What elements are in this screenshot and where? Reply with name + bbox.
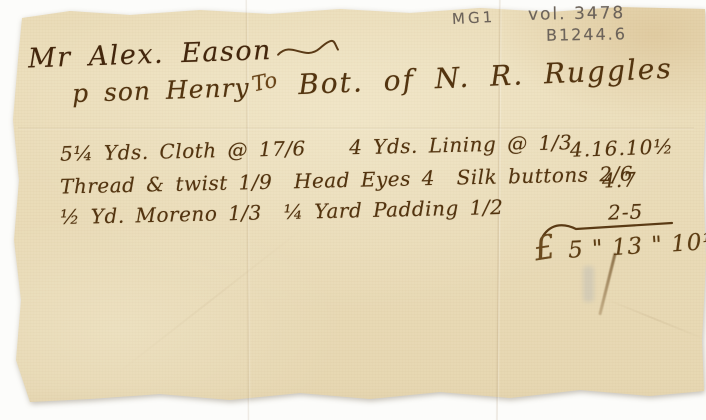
archival-volume-mark: vol. 3478 [528,3,626,25]
archival-collection-mark: MG1 [452,8,496,28]
horizontal-fold-crease [18,127,694,130]
ink-bleed-smudge [583,266,594,302]
receipt-scan: MG1 vol. 3478 B1244.6 Mr Alex. Eason p s… [0,0,706,420]
addressee-note: p son Henry [72,73,251,108]
item-row-amount: 4.16.10½ [570,134,675,162]
pen-flourish-swash [276,38,341,62]
scribal-to-mark: To [250,68,279,97]
item-row-amount: 4.7 [602,167,638,192]
archival-item-mark: B1244.6 [546,24,627,44]
